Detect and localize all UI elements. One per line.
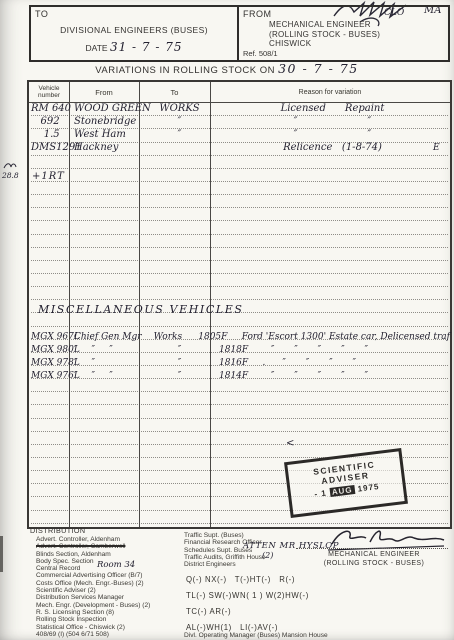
table-row: 692Stonebridge″″ ″ (29, 116, 450, 127)
scan-edge-mark (0, 536, 3, 572)
signature-scrawl (326, 526, 448, 554)
distribution-item: Distribution Services Manager (36, 594, 150, 601)
distribution-item: Mech. Engr. (Development - Buses) (2) (36, 602, 150, 609)
relicence-e-mark: E (433, 143, 440, 153)
distribution-heading: DISTRIBUTION (30, 526, 86, 535)
distribution-item: 408/69 (I) (504 6/71 508) (36, 631, 150, 638)
signature-dotted-line (296, 548, 448, 549)
margin-initials-scribble (3, 162, 17, 170)
signature-title-1: MECHANICAL ENGINEER (300, 551, 448, 558)
col-header-vehicle: Vehiclenumber (29, 82, 69, 102)
from-line-2: (ROLLING STOCK - BUSES) (269, 30, 380, 40)
scanned-form-page: CLO MA TO DIVISIONAL ENGINEERS (BUSES) D… (0, 0, 454, 640)
distribution-item: Rolling Stock Inspection (36, 616, 150, 623)
atten-hyslop-note: ATTEN MR HYSLOP (243, 541, 339, 551)
table-row: DMS1291HackneyRelicence (1-8-74) (29, 142, 450, 153)
distribution-item-struck: Advert. Controller, Camberwell (36, 543, 150, 550)
table-row: 1.5West Ham″″ ″ (29, 129, 450, 140)
date-handwritten: 31 - 7 - 75 (110, 40, 183, 54)
header-address-box: TO DIVISIONAL ENGINEERS (BUSES) DATE 31 … (29, 5, 450, 62)
garage-codes-line-3: TC(-) AR(-) (186, 607, 231, 616)
ref-number: Ref. 508/1 (243, 49, 278, 58)
col-header-from: From (69, 82, 139, 102)
recipient-item: District Engineers (184, 561, 266, 568)
table-row: MGX 978L″ ″″1816F . ″ ″ ″ ″ (29, 358, 450, 368)
room-34-note: Room 34 (97, 560, 135, 570)
distribution-item: R. S. Licensing Section (8) (36, 609, 150, 616)
divl-operating-manager-line: Divl. Operating Manager (Buses) Mansion … (184, 632, 328, 639)
to-box: TO DIVISIONAL ENGINEERS (BUSES) DATE 31 … (31, 7, 239, 60)
form-title-printed: VARIATIONS IN ROLLING STOCK ON (95, 65, 275, 76)
distribution-item: Statistical Office - Chiswick (2) (36, 624, 150, 631)
signature-title-2: (ROLLING STOCK - BUSES) (300, 560, 448, 567)
to-label: TO (35, 9, 48, 19)
form-title-date: 30 - 7 - 75 (278, 61, 359, 76)
date-label: DATE (86, 43, 108, 53)
stamp-caret-mark: < (286, 438, 294, 449)
col-header-to: To (139, 82, 210, 102)
distribution-item: Commercial Advertising Officer (B/7) (36, 572, 150, 579)
distribution-item: Advert. Controller, Aldenham (36, 536, 150, 543)
from-address: MECHANICAL ENGINEER (ROLLING STOCK - BUS… (269, 20, 380, 49)
table-row: MGX 976L″ ″ ″″1814F ″ ″ ″ ″ ″ (29, 371, 450, 381)
from-line-3: CHISWICK (269, 39, 380, 49)
garage-codes-line-2: TL(-) SW(-)WN( 1 ) W(2)HW(-) (186, 591, 309, 600)
margin-date-note: 28.8 (2, 162, 19, 180)
date-line: DATE 31 - 7 - 75 (31, 40, 237, 54)
col-header-reason: Reason for variation (210, 82, 450, 102)
plus-1rt-note: +1RT (32, 171, 65, 182)
to-value: DIVISIONAL ENGINEERS (BUSES) (31, 25, 237, 35)
garage-codes-line-4: AL(-)WH(1) LI(-)AV(-) (186, 623, 278, 632)
table-row: RM 640WOOD GREENWORKSLicensed Repaint (29, 103, 450, 114)
form-title: VARIATIONS IN ROLLING STOCK ON 30 - 7 - … (0, 61, 454, 76)
margin-date-value: 28.8 (2, 172, 19, 180)
recipient-item: Traffic Supt. (Buses) (184, 532, 266, 539)
from-box: FROM MECHANICAL ENGINEER (ROLLING STOCK … (239, 7, 448, 60)
table-row: MGX 967LChief Gen MgrWorks1805F Ford 'Es… (29, 332, 450, 342)
from-label: FROM (243, 9, 272, 19)
from-line-1: MECHANICAL ENGINEER (269, 20, 380, 30)
misc-vehicles-heading: MISCELLANEOUS VEHICLES (38, 303, 244, 316)
recipient-item: Traffic Audits, Griffith House (184, 554, 266, 561)
distribution-item: Scientific Adviser (2) (36, 587, 150, 594)
qty-2-note: (2) (262, 551, 273, 560)
garage-codes-line-1: Q(-) NX(-) T(-)HT(-) R(-) (186, 575, 295, 584)
distribution-list: Advert. Controller, Aldenham Advert. Con… (36, 536, 150, 638)
distribution-item: Blinds Section, Aldenham (36, 551, 150, 558)
table-row: MGX 980L″ ″ ″″1818F ″ ″ ″ ″ ″ (29, 345, 450, 355)
distribution-item: Costs Office (Mech. Engr.-Buses) (2) (36, 580, 150, 587)
